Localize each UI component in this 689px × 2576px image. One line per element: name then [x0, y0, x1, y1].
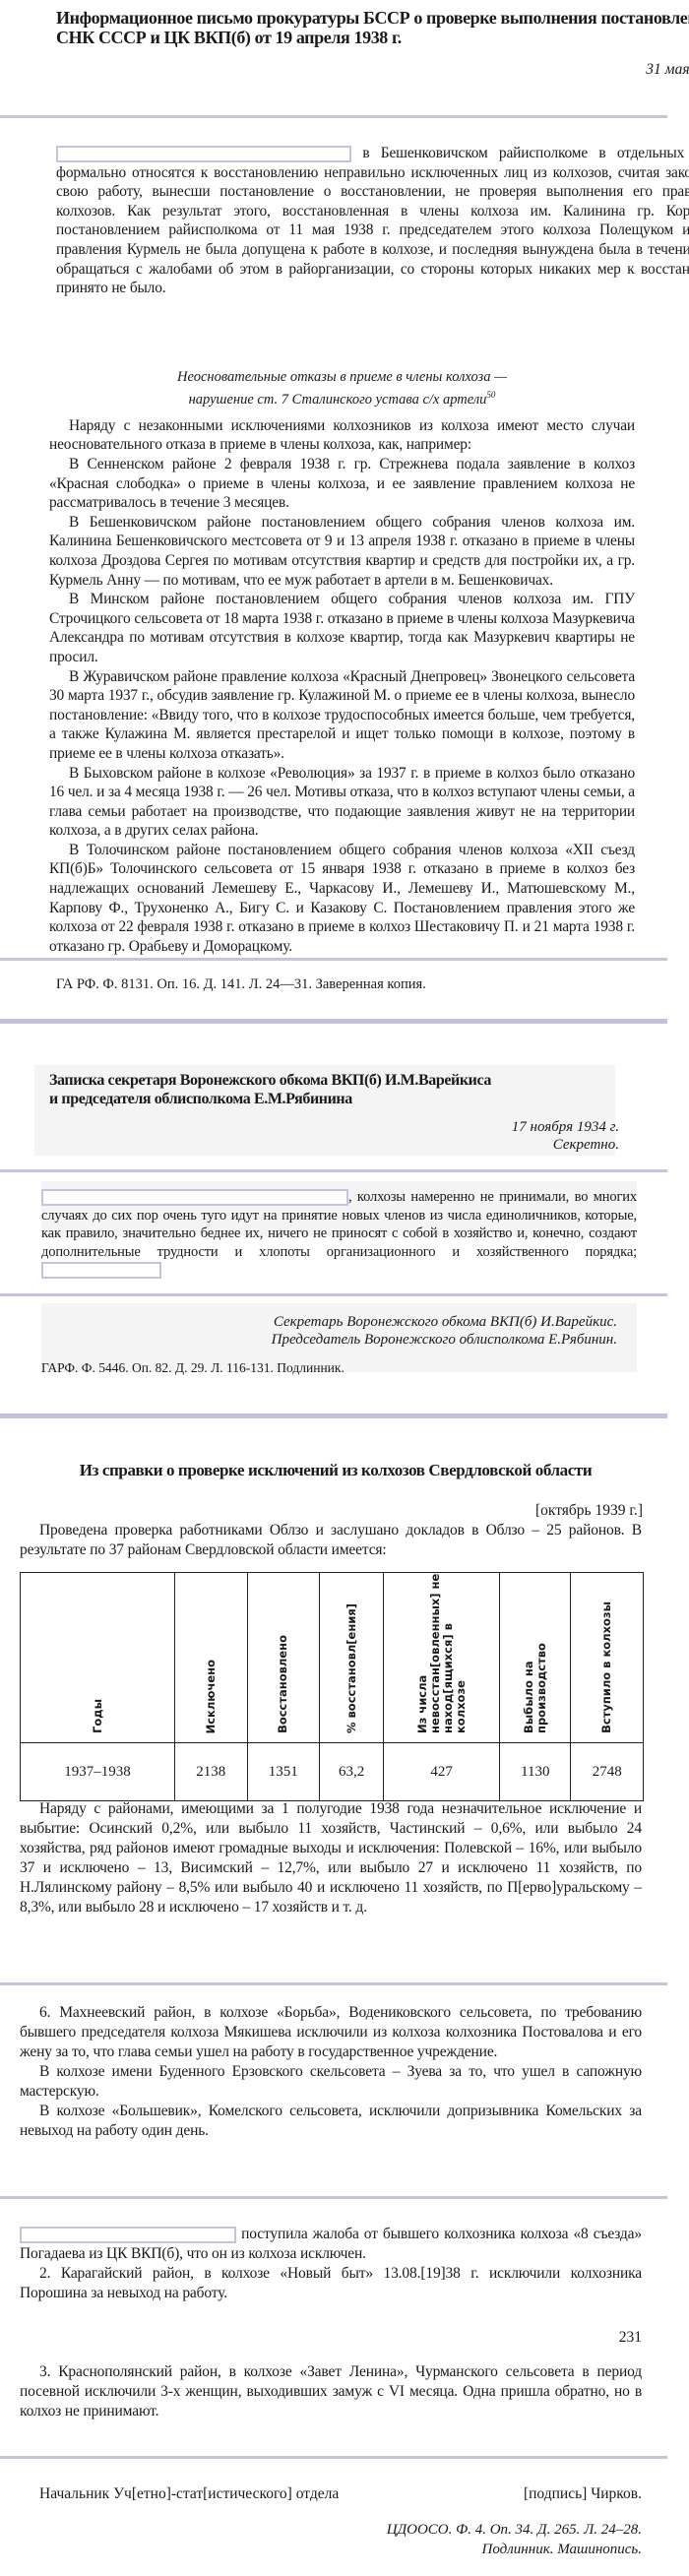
doc2-signature: Секретарь Воронежского обкома ВКП(б) И.В… [41, 1303, 637, 1372]
table-cell: 63,2 [320, 1743, 384, 1801]
document-divider [0, 1414, 667, 1418]
doc3-source: ЦДООСО. Ф. 4. Оп. 34. Д. 265. Л. 24–28. … [39, 2520, 642, 2559]
doc1-paragraph: В Быховском районе в колхозе «Революция»… [49, 764, 635, 841]
doc3-title: Из справки о проверке исключений из колх… [0, 1461, 689, 1480]
doc1-paragraph: В Сенненском районе 2 февраля 1938 г. гр… [49, 455, 635, 513]
doc3-date: [октябрь 1939 г.] [0, 1502, 689, 1520]
table-header-cell: Выбыло на производство [500, 1573, 571, 1743]
doc1-para1: в Бешенковичском райисполкоме в отдельны… [0, 144, 689, 298]
page-number: 231 [20, 2329, 642, 2347]
section-divider [0, 1982, 667, 1985]
doc2-source: ГАРФ. Ф. 5446. Оп. 82. Д. 29. Л. 116-131… [41, 1360, 637, 1376]
table-cell: 1130 [500, 1743, 571, 1801]
section-divider [0, 1293, 667, 1296]
doc2-title-line1: Записка секретаря Воронежского обкома ВК… [49, 1072, 491, 1089]
stats-table: ГодыИсключеноВосстановлено% восстановл[е… [20, 1572, 644, 1801]
table-header-cell: Исключено [175, 1573, 248, 1743]
table-cell: 2138 [175, 1743, 248, 1801]
doc1-paragraph: В Минском районе постановлением общего с… [49, 590, 635, 666]
table-cell: 2748 [571, 1743, 644, 1801]
doc3-table-wrap: ГодыИсключеноВосстановлено% восстановл[е… [0, 1572, 689, 1801]
table-row: 1937–19382138135163,242711302748 [21, 1743, 644, 1801]
table-header-cell: Из числа невосстан[овленных] не наход[ящ… [384, 1573, 500, 1743]
doc2-classification: Секретно. [553, 1137, 619, 1153]
doc1-title: Информационное письмо прокуратуры БССР о… [56, 8, 689, 47]
redacted-text [41, 1189, 348, 1206]
signature-secretary: Секретарь Воронежского обкома ВКП(б) И.В… [274, 1314, 617, 1330]
doc1-para1-text: в Бешенковичском райисполкоме в отдельны… [56, 145, 689, 296]
doc3-complaint: поступила жалоба от бывшего колхозника к… [0, 2225, 689, 2347]
doc1-paragraph: Наряду с незаконными исключениями колхоз… [49, 416, 635, 455]
doc3-title-block: Из справки о проверке исключений из колх… [0, 1461, 689, 1520]
doc3-item3: 3. Краснополянский район, в колхозе «Зав… [0, 2362, 689, 2421]
redacted-text [41, 1262, 161, 1279]
doc1-paragraph: В Журавичском районе правление колхоза «… [49, 667, 635, 764]
table-header-row: ГодыИсключеноВосстановлено% восстановл[е… [21, 1573, 644, 1743]
doc3-item6: 6. Махнеевский район, в колхозе «Борьба»… [0, 2003, 689, 2141]
section-divider [0, 958, 667, 961]
table-header-cell: Годы [21, 1573, 175, 1743]
redacted-text [20, 2227, 236, 2243]
table-cell: 1351 [247, 1743, 320, 1801]
table-header-cell: % восстановл[ения] [320, 1573, 384, 1743]
document-divider [0, 1019, 667, 1024]
table-header-cell: Восстановлено [247, 1573, 320, 1743]
footnote-ref: 50 [486, 390, 495, 400]
doc1-header: Информационное письмо прокуратуры БССР о… [0, 8, 689, 79]
doc3-para: Наряду с районами, имеющими за 1 полугод… [0, 1799, 689, 1917]
section-divider [0, 2196, 667, 2199]
redacted-text [56, 146, 351, 162]
doc1-section: Неосновательные отказы в приеме в члены … [0, 368, 689, 956]
signer-name: [подпись] Чирков. [524, 2485, 642, 2503]
signature-chairman: Председатель Воронежского облисполкома Е… [272, 1332, 617, 1348]
doc2-date: 17 ноября 1934 г. [512, 1119, 619, 1135]
signer-title: Начальник Уч[етно]-стат[истического] отд… [39, 2485, 339, 2503]
table-header-cell: Вступило в колхозы [571, 1573, 644, 1743]
table-cell: 427 [384, 1743, 500, 1801]
doc2-header: Записка секретаря Воронежского обкома ВК… [34, 1065, 615, 1156]
doc1-date: 31 мая 1938 г. [56, 61, 689, 79]
doc1-paragraph: В Бешенковичском районе постановлением о… [49, 513, 635, 590]
doc2-body: , колхозы намеренно не принимали, во мно… [41, 1181, 637, 1236]
section-divider [0, 115, 667, 118]
section-divider [0, 1169, 667, 1172]
doc3-intro: Проведена проверка работниками Облзо и з… [0, 1521, 689, 1560]
doc1-source: ГА РФ. Ф. 8131. Оп. 16. Д. 141. Л. 24—31… [0, 976, 689, 993]
doc3-signature: Начальник Уч[етно]-стат[истического] отд… [0, 2485, 689, 2559]
doc2-title-line2: и председателя облисполкома Е.М.Рябинина [49, 1091, 352, 1107]
doc2-text: , колхозы намеренно не принимали, [348, 1189, 569, 1205]
doc1-paragraph: В Толочинском районе постановлением обще… [49, 841, 635, 957]
section-heading: Неосновательные отказы в приеме в члены … [49, 368, 635, 408]
table-cell: 1937–1938 [21, 1743, 175, 1801]
section-divider [0, 2456, 667, 2459]
